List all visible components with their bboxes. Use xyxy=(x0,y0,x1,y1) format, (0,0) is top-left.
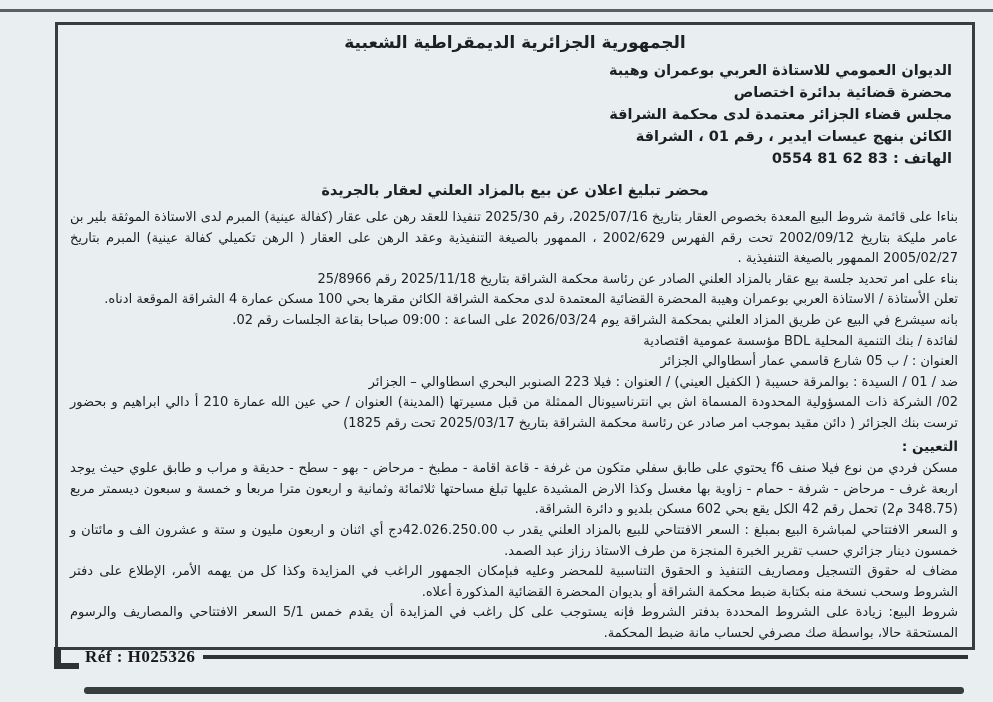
body-paragraph-beneficiary: لفائدة / بنك التنمية المحلية BDL مؤسسة ع… xyxy=(70,332,958,353)
body-paragraph-property-description: مسكن فردي من نوع فيلا صنف f6 يحتوي على ط… xyxy=(70,459,958,521)
office-line-council: مجلس قضاء الجزائر معتمدة لدى محكمة الشرا… xyxy=(58,104,952,126)
body-paragraph-sale-terms: بناءا على قائمة شروط البيع المعدة بخصوص … xyxy=(70,208,958,270)
republic-title: الجمهورية الجزائرية الديمقراطية الشعبية xyxy=(58,33,972,53)
body-paragraph-auction-date: بانه سيشرع في البيع عن طريق المزاد العلن… xyxy=(70,311,958,332)
designation-heading: التعيين : xyxy=(70,437,958,458)
bailiff-office-block: الديوان العمومي للاستاذة العربي بوعمران … xyxy=(58,53,972,170)
reference-divider xyxy=(203,655,968,659)
scanned-auction-notice: الجمهورية الجزائرية الديمقراطية الشعبية … xyxy=(0,0,993,702)
top-divider xyxy=(0,9,993,12)
next-notice-top-border xyxy=(84,687,964,694)
office-line-role: محضرة قضائية بدائرة اختصاص xyxy=(58,82,952,104)
body-paragraph-beneficiary-address: العنوان : / ب 05 شارع قاسمي عمار أسطاوال… xyxy=(70,352,958,373)
body-paragraph-defendant-1: ضد / 01 / السيدة : بوالمرقة حسيبة ( الكف… xyxy=(70,373,958,394)
body-paragraph-sale-conditions: شروط البيع: زيادة على الشروط المحددة بدف… xyxy=(70,603,958,644)
body-paragraph-defendant-2: 02/ الشركة ذات المسؤولية المحدودة المسما… xyxy=(70,393,958,434)
notice-title: محضر تبليغ اعلان عن بيع بالمزاد العلني ل… xyxy=(58,183,972,199)
notice-frame: الجمهورية الجزائرية الديمقراطية الشعبية … xyxy=(55,22,975,650)
body-paragraph-bailiff-declaration: تعلن الأستاذة / الاستاذة العربي بوعمران … xyxy=(70,290,958,311)
reference-number: Réf : H025326 xyxy=(79,647,203,667)
office-line-phone: الهاتف : 83 62 81 0554 xyxy=(58,148,952,170)
office-line-bailiff-name: الديوان العمومي للاستاذة العربي بوعمران … xyxy=(58,60,952,82)
office-line-address: الكائن بنهج عيسات ايدير ، رقم 01 ، الشرا… xyxy=(58,126,952,148)
body-paragraph-hearing-order: بناء على امر تحديد جلسة بيع عقار بالمزاد… xyxy=(70,270,958,291)
notice-body: بناءا على قائمة شروط البيع المعدة بخصوص … xyxy=(58,208,972,644)
reference-row: Réf : H025326 xyxy=(54,644,968,670)
frame-corner-mark xyxy=(54,647,79,669)
body-paragraph-opening-price: و السعر الافتتاحي لمباشرة البيع بمبلغ : … xyxy=(70,521,958,562)
body-paragraph-fees-consultation: مضاف له حقوق التسجيل ومصاريف التنفيذ و ا… xyxy=(70,562,958,603)
